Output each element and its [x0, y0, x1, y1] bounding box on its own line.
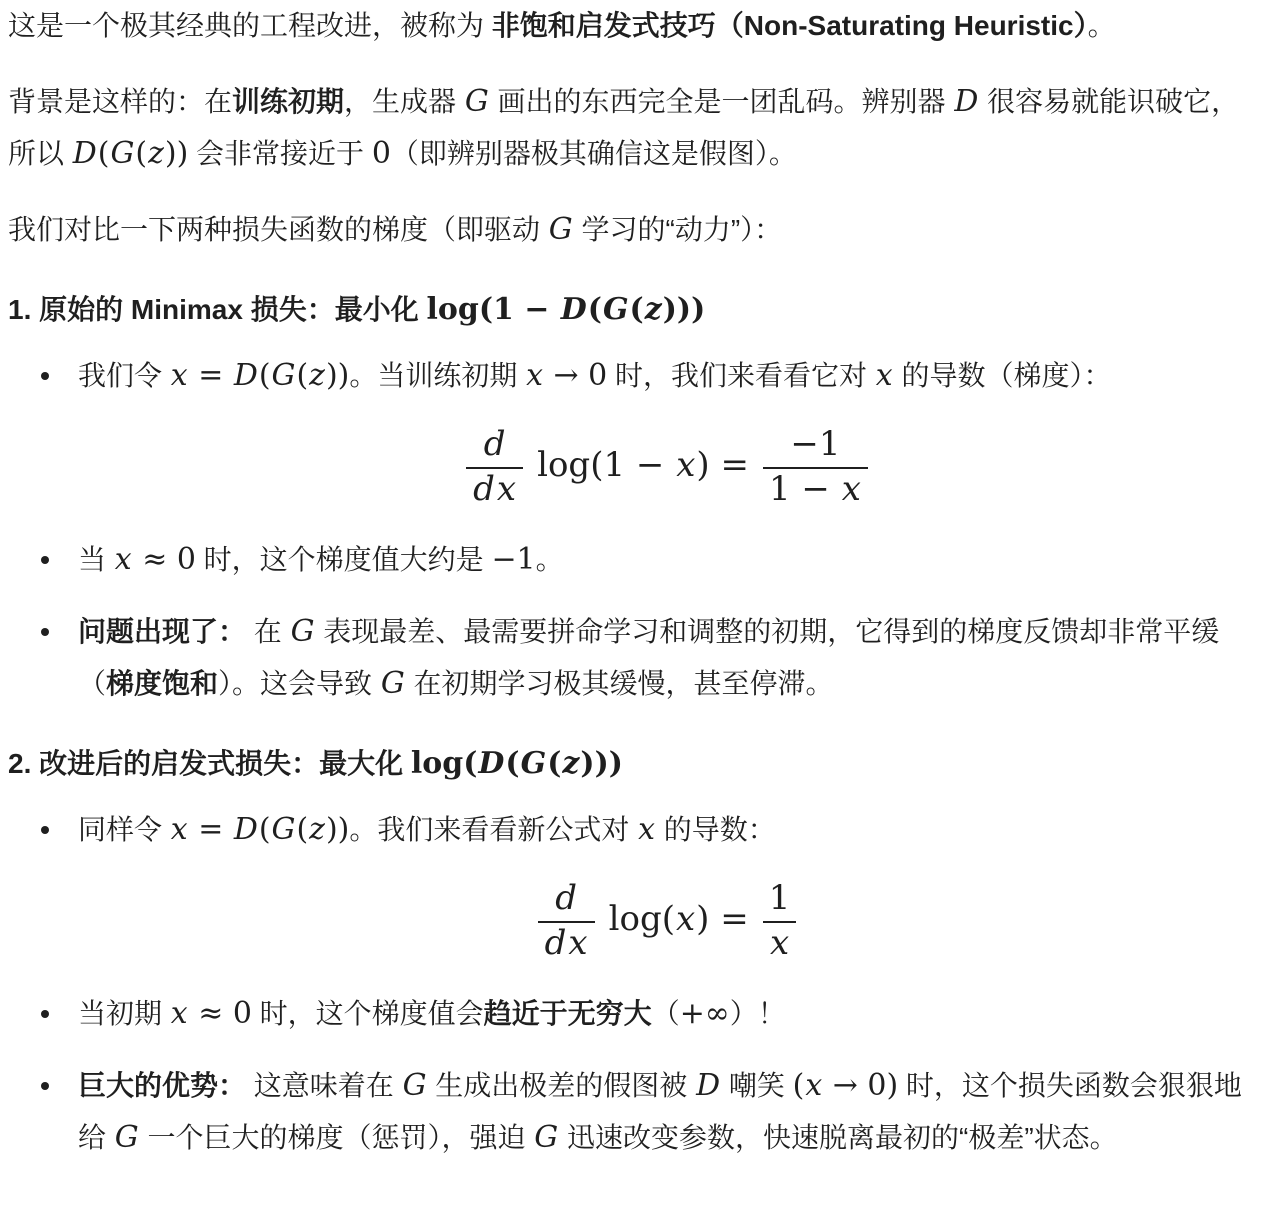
fraction-denominator: dx — [466, 469, 523, 512]
list-item: 我们令 x = D(G(z))。当训练初期 x → 0 时，我们来看看它对 x … — [78, 350, 1256, 512]
derivative-fraction: d dx — [538, 878, 595, 966]
list-item: 巨大的优势： 这意味着在 G 生成出极差的假图被 D 嘲笑 (x → 0) 时，… — [78, 1060, 1256, 1164]
fraction-denominator: x — [763, 923, 796, 966]
fraction-numerator: 1 — [763, 878, 797, 921]
fraction-numerator: −1 — [784, 424, 846, 467]
list-item-text: 巨大的优势： 这意味着在 G 生成出极差的假图被 D 嘲笑 (x → 0) 时，… — [78, 1060, 1256, 1164]
document-content: 这是一个极其经典的工程改进，被称为 非饱和启发式技巧（Non-Saturatin… — [8, 0, 1256, 1164]
background-paragraph: 背景是这样的：在训练初期，生成器 G 画出的东西完全是一团乱码。辨别器 D 很容… — [8, 76, 1256, 180]
list-item: 当初期 x ≈ 0 时，这个梯度值会趋近于无穷大（+∞）！ — [78, 988, 1256, 1040]
list-item-text: 当 x ≈ 0 时，这个梯度值大约是 −1。 — [78, 534, 1256, 586]
bullet-icon — [41, 372, 49, 380]
equation-body: log(x) = — [609, 900, 749, 939]
bullet-icon — [41, 628, 49, 636]
list-item-text: 问题出现了： 在 G 表现最差、最需要拼命学习和调整的初期，它得到的梯度反馈却非… — [78, 606, 1256, 710]
list-item: 当 x ≈ 0 时，这个梯度值大约是 −1。 — [78, 534, 1256, 586]
bullet-icon — [41, 1082, 49, 1090]
bullet-icon — [41, 1010, 49, 1018]
list-item-text: 同样令 x = D(G(z))。我们来看看新公式对 x 的导数： — [78, 804, 1256, 856]
display-equation-minimax-gradient: d dx log(1 − x) = −1 1 − x — [78, 424, 1256, 512]
result-fraction: 1 x — [763, 878, 797, 966]
fraction-numerator: d — [548, 878, 584, 921]
fraction-denominator: dx — [538, 923, 595, 966]
derivative-fraction: d dx — [466, 424, 523, 512]
bullet-icon — [41, 826, 49, 834]
comparison-paragraph: 我们对比一下两种损失函数的梯度（即驱动 G 学习的“动力”）： — [8, 204, 1256, 256]
list-item: 同样令 x = D(G(z))。我们来看看新公式对 x 的导数： d dx lo… — [78, 804, 1256, 966]
section-1-list: 我们令 x = D(G(z))。当训练初期 x → 0 时，我们来看看它对 x … — [8, 350, 1256, 710]
bullet-icon — [41, 556, 49, 564]
section-2-heading: 2. 改进后的启发式损失：最大化 log(D(G(z))) — [8, 738, 1256, 790]
list-item: 问题出现了： 在 G 表现最差、最需要拼命学习和调整的初期，它得到的梯度反馈却非… — [78, 606, 1256, 710]
section-2-list: 同样令 x = D(G(z))。我们来看看新公式对 x 的导数： d dx lo… — [8, 804, 1256, 1164]
list-item-text: 我们令 x = D(G(z))。当训练初期 x → 0 时，我们来看看它对 x … — [78, 350, 1256, 402]
result-fraction: −1 1 − x — [763, 424, 868, 512]
fraction-denominator: 1 − x — [763, 469, 868, 512]
list-item-text: 当初期 x ≈ 0 时，这个梯度值会趋近于无穷大（+∞）！ — [78, 988, 1256, 1040]
intro-paragraph: 这是一个极其经典的工程改进，被称为 非饱和启发式技巧（Non-Saturatin… — [8, 0, 1256, 52]
section-1-heading: 1. 原始的 Minimax 损失：最小化 log(1 − D(G(z))) — [8, 284, 1256, 336]
equation-body: log(1 − x) = — [537, 446, 749, 485]
fraction-numerator: d — [477, 424, 513, 467]
display-equation-heuristic-gradient: d dx log(x) = 1 x — [78, 878, 1256, 966]
